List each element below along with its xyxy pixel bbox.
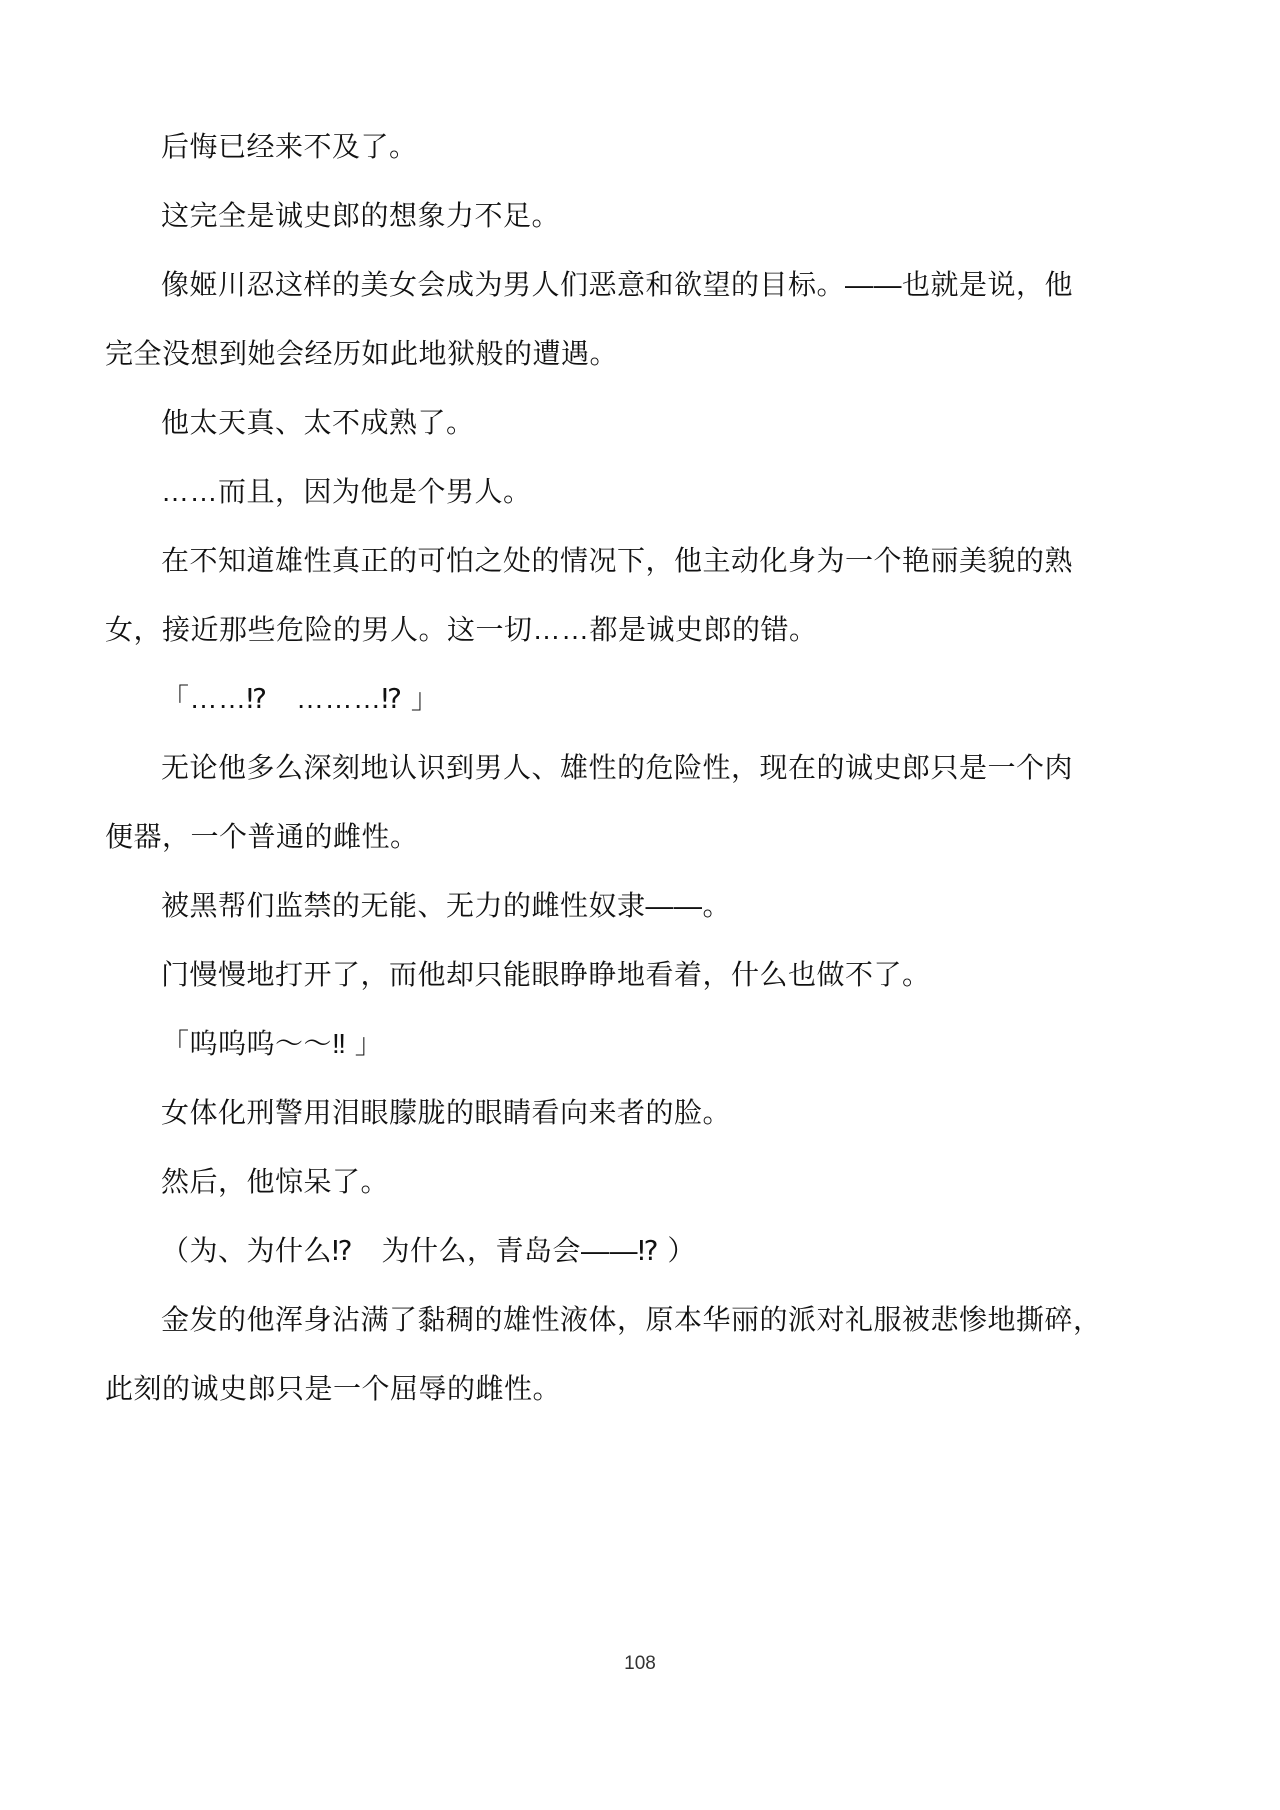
text-line: 在不知道雄性真正的可怕之处的情况下，他主动化身为一个艳丽美貌的熟 xyxy=(105,526,1175,595)
text-line: 这完全是诚史郎的想象力不足。 xyxy=(105,181,1175,250)
text-line: 「呜呜呜～～‼ 」 xyxy=(105,1009,1175,1078)
text-line: 金发的他浑身沾满了黏稠的雄性液体，原本华丽的派对礼服被悲惨地撕碎， xyxy=(105,1285,1175,1354)
text-line: （为、为什么⁉ 为什么，青岛会——⁉ ） xyxy=(105,1216,1175,1285)
text-line: 被黑帮们监禁的无能、无力的雌性奴隶——。 xyxy=(105,871,1175,940)
text-line: 女体化刑警用泪眼朦胧的眼睛看向来者的脸。 xyxy=(105,1078,1175,1147)
body-text: 后悔已经来不及了。 这完全是诚史郎的想象力不足。 像姬川忍这样的美女会成为男人们… xyxy=(105,112,1175,1423)
text-line: 此刻的诚史郎只是一个屈辱的雌性。 xyxy=(105,1354,1175,1423)
text-line: 便器，一个普通的雌性。 xyxy=(105,802,1175,871)
page-number: 108 xyxy=(0,1652,1280,1676)
text-line: 然后，他惊呆了。 xyxy=(105,1147,1175,1216)
text-line: 「……⁉ ………⁉ 」 xyxy=(105,664,1175,733)
text-line: 无论他多么深刻地认识到男人、雄性的危险性，现在的诚史郎只是一个肉 xyxy=(105,733,1175,802)
document-page: 后悔已经来不及了。 这完全是诚史郎的想象力不足。 像姬川忍这样的美女会成为男人们… xyxy=(0,0,1280,1810)
text-line: 后悔已经来不及了。 xyxy=(105,112,1175,181)
text-line: 完全没想到她会经历如此地狱般的遭遇。 xyxy=(105,319,1175,388)
text-line: ……而且，因为他是个男人。 xyxy=(105,457,1175,526)
text-line: 他太天真、太不成熟了。 xyxy=(105,388,1175,457)
text-line: 女，接近那些危险的男人。这一切……都是诚史郎的错。 xyxy=(105,595,1175,664)
text-line: 门慢慢地打开了，而他却只能眼睁睁地看着，什么也做不了。 xyxy=(105,940,1175,1009)
text-line: 像姬川忍这样的美女会成为男人们恶意和欲望的目标。——也就是说，他 xyxy=(105,250,1175,319)
